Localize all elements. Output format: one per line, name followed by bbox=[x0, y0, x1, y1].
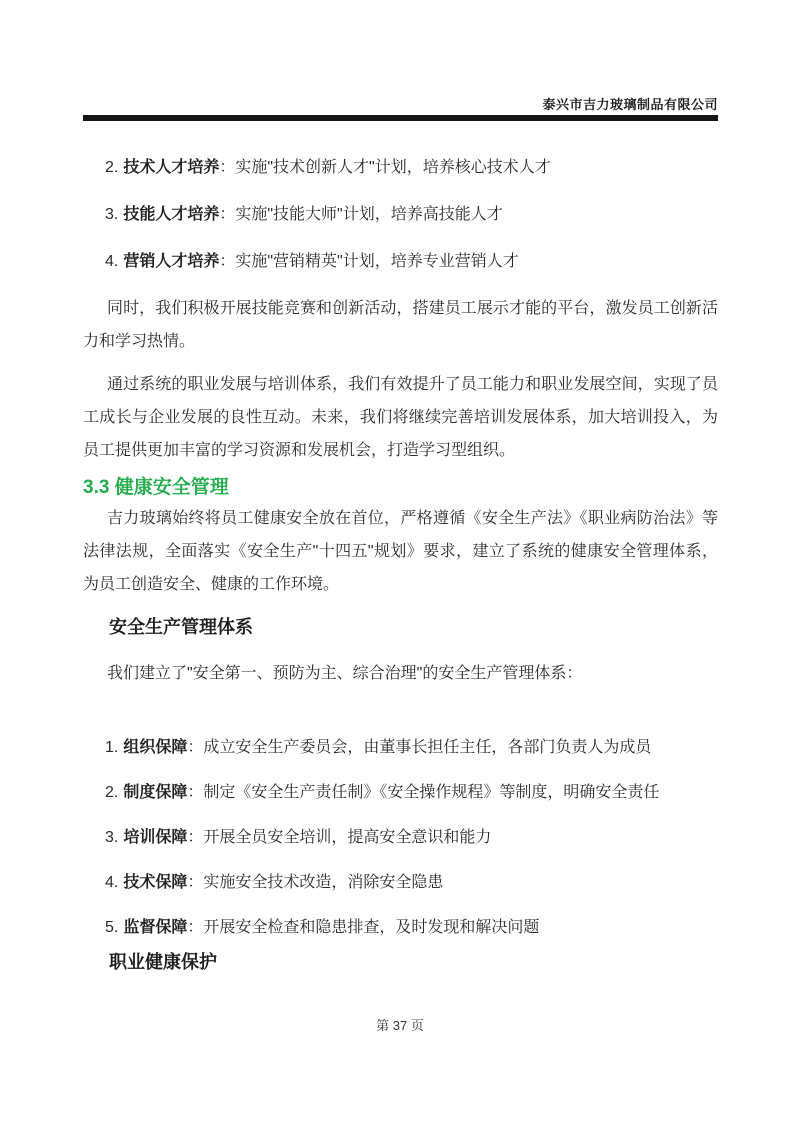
list-item-label: 培训保障 bbox=[123, 829, 187, 846]
paragraph-health-safety-intro: 吉力玻璃始终将员工健康安全放在首位，严格遵循《安全生产法》《职业病防治法》等法律… bbox=[83, 502, 718, 601]
list-item-label: 组织保障 bbox=[123, 739, 187, 756]
footer-page-number: 第 37 页 bbox=[0, 1016, 800, 1036]
list-item-number: 2. bbox=[105, 159, 118, 176]
paragraph-skill-competition: 同时，我们积极开展技能竞赛和创新活动，搭建员工展示才能的平台，激发员工创新活力和… bbox=[83, 292, 718, 358]
list-item-text: 实施安全技术改造，消除安全隐患 bbox=[203, 874, 443, 891]
list-item-number: 2. bbox=[105, 784, 118, 801]
list-item-colon: ： bbox=[219, 206, 235, 223]
list-item-label: 技能人才培养 bbox=[123, 206, 219, 223]
section-heading-3-3: 3.3 健康安全管理 bbox=[83, 475, 718, 500]
list-item-number: 4. bbox=[105, 874, 118, 891]
list-item: 5.监督保障：开展安全检查和隐患排查，及时发现和解决问题 bbox=[83, 917, 718, 938]
subsection-heading-occupational-health: 职业健康保护 bbox=[83, 950, 718, 974]
list-item: 4.技术保障：实施安全技术改造，消除安全隐患 bbox=[83, 872, 718, 893]
list-item-label: 制度保障 bbox=[123, 784, 187, 801]
header-divider-rule bbox=[83, 115, 718, 121]
list-item: 2.制度保障：制定《安全生产责任制》《安全操作规程》等制度，明确安全责任 bbox=[83, 782, 718, 803]
list-item-number: 1. bbox=[105, 739, 118, 756]
list-item-number: 3. bbox=[105, 206, 118, 223]
list-item-label: 技术保障 bbox=[123, 874, 187, 891]
list-item-text: 制定《安全生产责任制》《安全操作规程》等制度，明确安全责任 bbox=[203, 784, 659, 801]
list-item-label: 监督保障 bbox=[123, 919, 187, 936]
list-item: 1.组织保障：成立安全生产委员会，由董事长担任主任，各部门负责人为成员 bbox=[83, 737, 718, 758]
list-item-colon: ： bbox=[187, 829, 203, 846]
list-item-number: 5. bbox=[105, 919, 118, 936]
list-item: 3.培训保障：开展全员安全培训，提高安全意识和能力 bbox=[83, 827, 718, 848]
list-item-colon: ： bbox=[187, 874, 203, 891]
list-item-label: 营销人才培养 bbox=[123, 253, 219, 270]
list-item-label: 技术人才培养 bbox=[123, 159, 219, 176]
list-item: 4.营销人才培养：实施"营销精英"计划，培养专业营销人才 bbox=[83, 251, 718, 272]
subsection-heading-safety-system: 安全生产管理体系 bbox=[83, 615, 718, 639]
list-item-text: 实施"营销精英"计划，培养专业营销人才 bbox=[235, 253, 518, 270]
talent-list: 2.技术人才培养：实施"技术创新人才"计划，培养核心技术人才 3.技能人才培养：… bbox=[83, 157, 718, 272]
list-item-text: 开展安全检查和隐患排查，及时发现和解决问题 bbox=[203, 919, 539, 936]
page-content: 泰兴市吉力玻璃制品有限公司 2.技术人才培养：实施"技术创新人才"计划，培养核心… bbox=[0, 0, 800, 974]
list-item-colon: ： bbox=[187, 739, 203, 756]
safety-guarantee-list: 1.组织保障：成立安全生产委员会，由董事长担任主任，各部门负责人为成员 2.制度… bbox=[83, 737, 718, 938]
list-item-colon: ： bbox=[187, 919, 203, 936]
list-item-text: 成立安全生产委员会，由董事长担任主任，各部门负责人为成员 bbox=[203, 739, 651, 756]
list-item-number: 3. bbox=[105, 829, 118, 846]
list-item-text: 实施"技术创新人才"计划，培养核心技术人才 bbox=[235, 159, 550, 176]
list-item: 2.技术人才培养：实施"技术创新人才"计划，培养核心技术人才 bbox=[83, 157, 718, 178]
paragraph-training-system-summary: 通过系统的职业发展与培训体系，我们有效提升了员工能力和职业发展空间，实现了员工成… bbox=[83, 368, 718, 467]
list-item: 3.技能人才培养：实施"技能大师"计划，培养高技能人才 bbox=[83, 204, 718, 225]
paragraph-safety-system-intro: 我们建立了"安全第一、预防为主、综合治理"的安全生产管理体系： bbox=[83, 657, 718, 690]
list-item-text: 开展全员安全培训，提高安全意识和能力 bbox=[203, 829, 491, 846]
document-page: 泰兴市吉力玻璃制品有限公司 2.技术人才培养：实施"技术创新人才"计划，培养核心… bbox=[0, 0, 800, 1131]
list-item-colon: ： bbox=[219, 253, 235, 270]
list-item-colon: ： bbox=[219, 159, 235, 176]
list-item-number: 4. bbox=[105, 253, 118, 270]
list-item-text: 实施"技能大师"计划，培养高技能人才 bbox=[235, 206, 502, 223]
header-company-name: 泰兴市吉力玻璃制品有限公司 bbox=[83, 0, 718, 113]
list-item-colon: ： bbox=[187, 784, 203, 801]
